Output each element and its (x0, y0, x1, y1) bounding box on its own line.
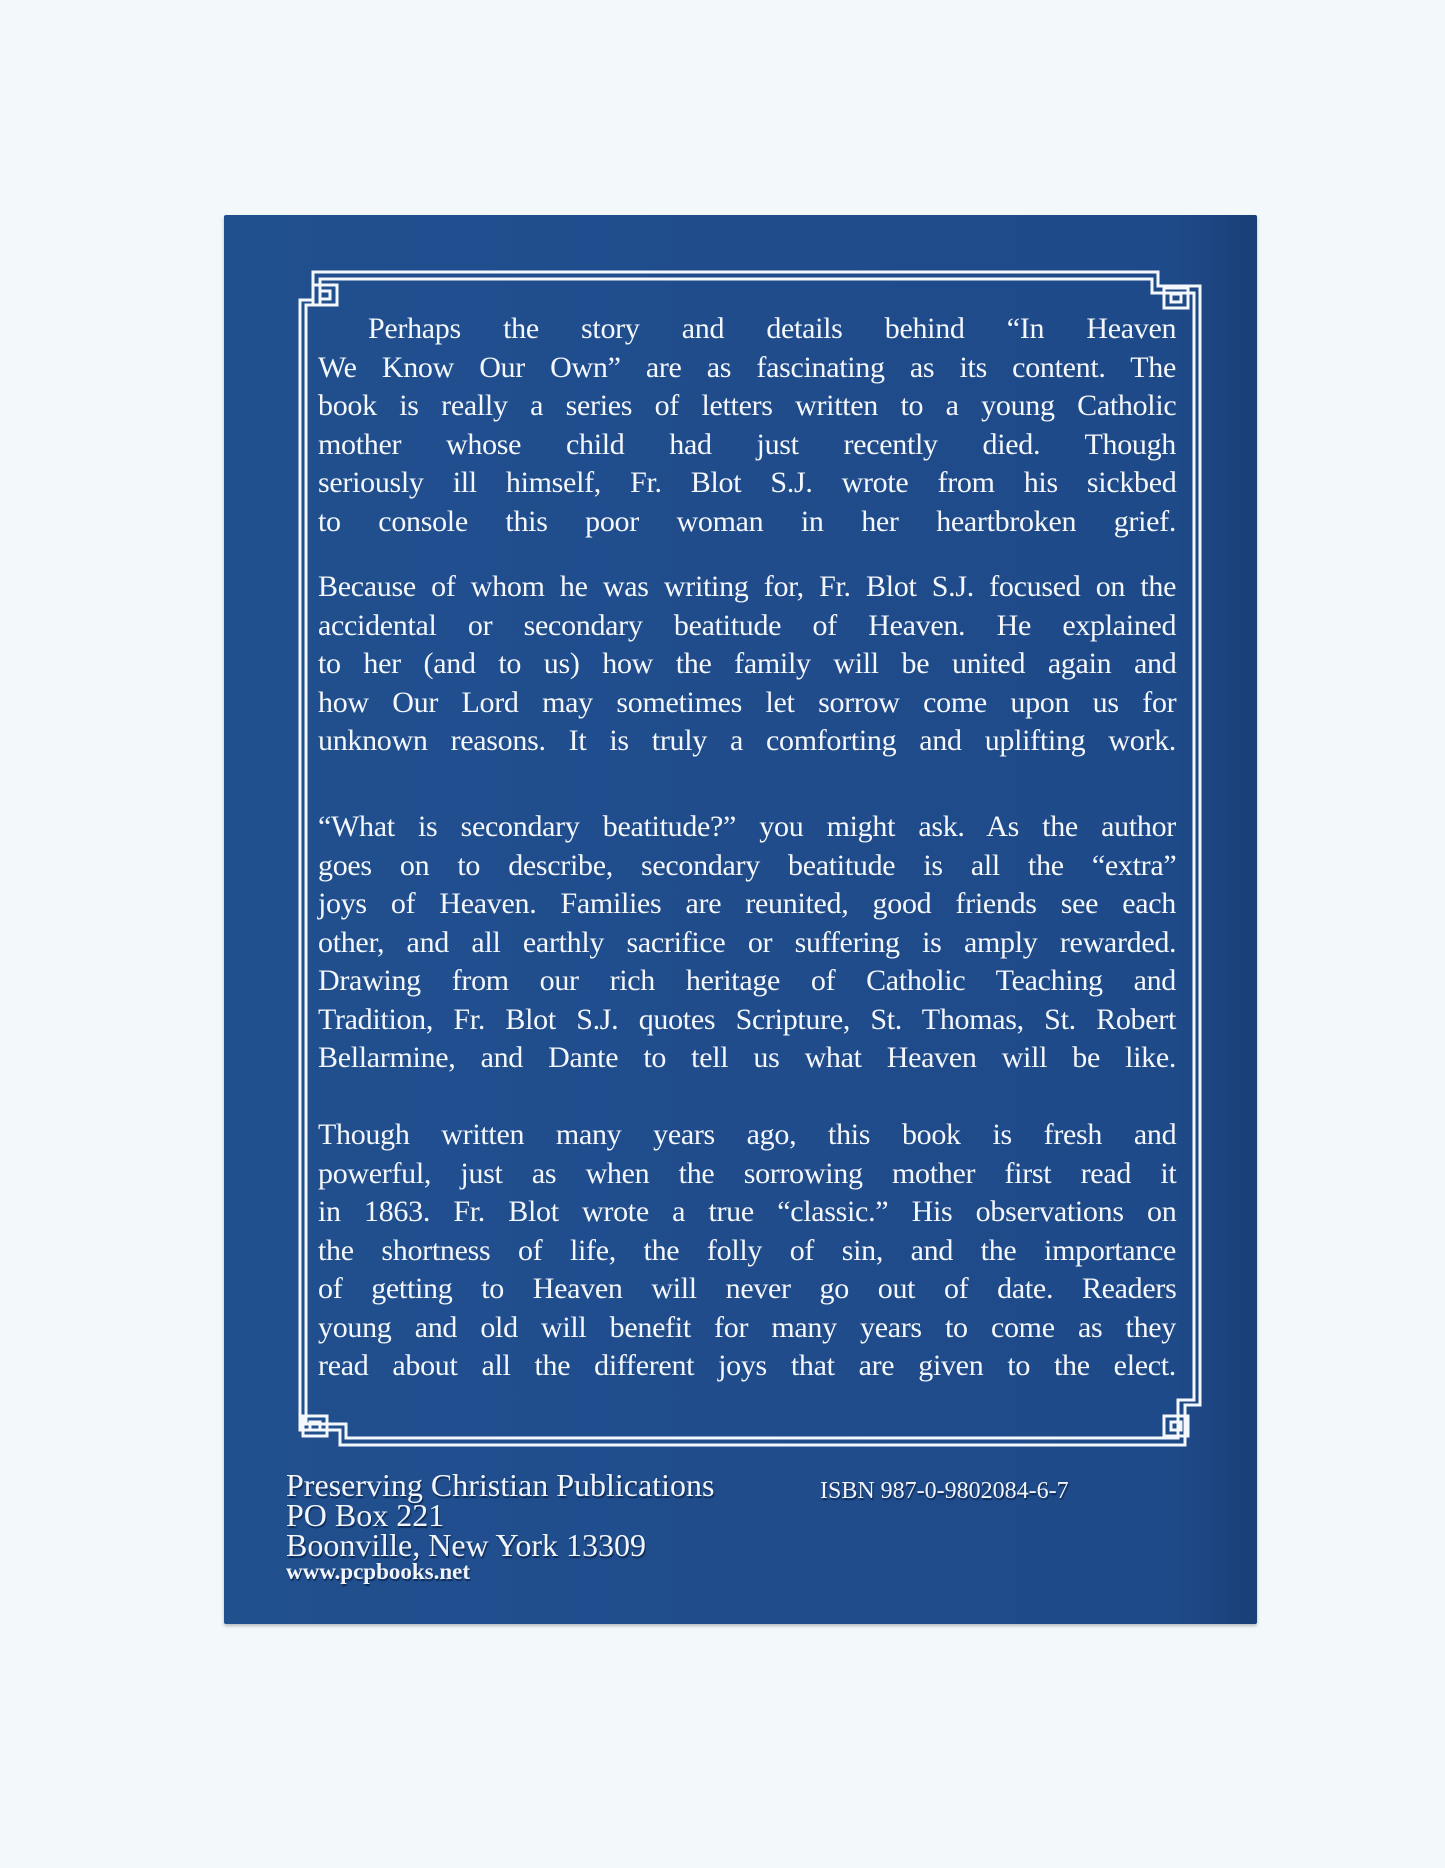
text-line: the shortness of life, the folly of sin,… (318, 1232, 1176, 1271)
text-line: of getting to Heaven will never go out o… (318, 1270, 1176, 1309)
publisher-website: www.pcpbooks.net (286, 1560, 714, 1584)
text-line: goes on to describe, secondary beatitude… (318, 847, 1176, 886)
text-line: mother whose child had just recently die… (318, 426, 1176, 465)
text-line: unknown reasons. It is truly a comfortin… (318, 722, 1176, 761)
text-line: Tradition, Fr. Blot S.J. quotes Scriptur… (318, 1001, 1176, 1040)
publisher-block: Preserving Christian Publications PO Box… (286, 1470, 714, 1584)
text-line: “What is secondary beatitude?” you might… (318, 808, 1176, 847)
text-line: Though written many years ago, this book… (318, 1116, 1176, 1155)
publisher-address-line1: PO Box 221 (286, 1500, 714, 1530)
text-line: Perhaps the story and details behind “In… (318, 310, 1176, 349)
paragraph-1: Perhaps the story and details behind “In… (318, 310, 1176, 541)
text-line: Because of whom he was writing for, Fr. … (318, 568, 1176, 607)
text-line: Bellarmine, and Dante to tell us what He… (318, 1039, 1176, 1078)
text-line: other, and all earthly sacrifice or suff… (318, 924, 1176, 963)
text-line: Drawing from our rich heritage of Cathol… (318, 962, 1176, 1001)
text-line: accidental or secondary beatitude of Hea… (318, 607, 1176, 646)
text-line: in 1863. Fr. Blot wrote a true “classic.… (318, 1193, 1176, 1232)
text-line: young and old will benefit for many year… (318, 1309, 1176, 1348)
text-line: how Our Lord may sometimes let sorrow co… (318, 684, 1176, 723)
text-line: to her (and to us) how the family will b… (318, 645, 1176, 684)
isbn-label: ISBN 987-0-9802084-6-7 (820, 1478, 1069, 1505)
paragraph-3: “What is secondary beatitude?” you might… (318, 808, 1176, 1078)
text-line: powerful, just as when the sorrowing mot… (318, 1155, 1176, 1194)
paragraph-4: Though written many years ago, this book… (318, 1116, 1176, 1386)
text-line: seriously ill himself, Fr. Blot S.J. wro… (318, 464, 1176, 503)
text-line: book is really a series of letters writt… (318, 387, 1176, 426)
publisher-name: Preserving Christian Publications (286, 1470, 714, 1500)
text-line: to console this poor woman in her heartb… (318, 503, 1176, 542)
paragraph-2: Because of whom he was writing for, Fr. … (318, 568, 1176, 761)
text-line: We Know Our Own” are as fascinating as i… (318, 349, 1176, 388)
publisher-address-line2: Boonville, New York 13309 (286, 1530, 714, 1560)
text-line: joys of Heaven. Families are reunited, g… (318, 885, 1176, 924)
text-line: read about all the different joys that a… (318, 1347, 1176, 1386)
